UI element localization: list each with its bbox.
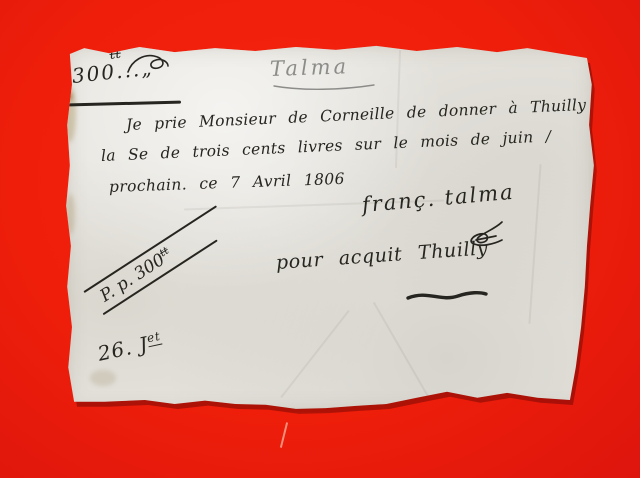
acquit-line: pour acquit Thuilly (275, 237, 489, 274)
pencil-swash-icon (272, 82, 376, 92)
stain-mark (66, 194, 75, 234)
underline-rule (69, 101, 181, 107)
body-line-3: prochain. ce 7 Avril 1806 (109, 170, 345, 196)
bottom-note: 26. Jet (96, 329, 165, 366)
stain-mark (64, 86, 76, 142)
diagonal-note: P. p. 300tt (96, 202, 241, 306)
stain-mark (90, 370, 116, 386)
signature: franç. talma (361, 180, 516, 217)
stain-mark (66, 92, 73, 101)
crease-line (373, 302, 437, 411)
photo-background: tt 300...„ Talma Je prie Monsieur de Cor… (0, 0, 640, 478)
bottom-note-superscript: et (146, 329, 163, 348)
body-line-2: la Se de trois cents livres sur le mois … (101, 127, 552, 165)
acquit-underswash-icon (406, 288, 488, 304)
crease-line (528, 164, 541, 324)
manuscript-paper: tt 300...„ Talma Je prie Monsieur de Cor… (64, 44, 596, 414)
crease-line (280, 310, 349, 398)
diagonal-slash-top (83, 205, 217, 293)
diagonal-annotation: P. p. 300tt (83, 198, 244, 318)
bottom-note-number: 26. (96, 335, 135, 366)
header-flourish-icon (126, 52, 170, 78)
pencil-inscription: Talma (270, 54, 350, 81)
paper-fiber (280, 422, 288, 448)
